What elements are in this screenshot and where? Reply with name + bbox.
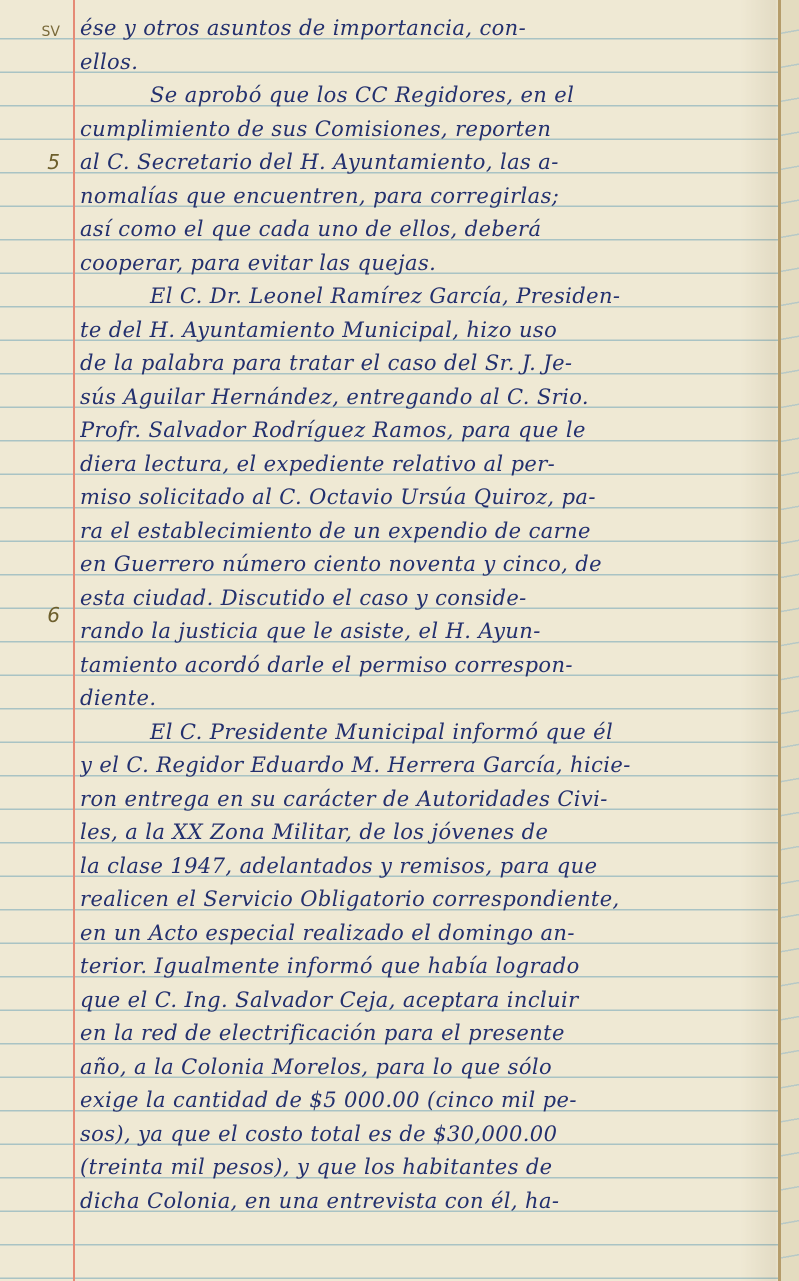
text-line: sús Aguilar Hernández, entregando al C. … <box>80 381 770 415</box>
text-line: ron entrega en su carácter de Autoridade… <box>80 783 770 817</box>
text-line: la clase 1947, adelantados y remisos, pa… <box>80 850 770 884</box>
text-line: nomalías que encuentren, para corregirla… <box>80 180 770 214</box>
text-line: te del H. Ayuntamiento Municipal, hizo u… <box>80 314 770 348</box>
handwritten-text-block: ése y otros asuntos de importancia, con-… <box>80 12 770 1218</box>
margin-note-5: 5 <box>0 150 60 174</box>
text-line: Se aprobó que los CC Regidores, en el <box>80 79 770 113</box>
text-line: que el C. Ing. Salvador Ceja, aceptara i… <box>80 984 770 1018</box>
text-line: ra el establecimiento de un expendio de … <box>80 515 770 549</box>
text-line: ellos. <box>80 46 770 80</box>
text-line: dicha Colonia, en una entrevista con él,… <box>80 1185 770 1219</box>
text-line: rando la justicia que le asiste, el H. A… <box>80 615 770 649</box>
text-line: en un Acto especial realizado el domingo… <box>80 917 770 951</box>
text-line: en la red de electrificación para el pre… <box>80 1017 770 1051</box>
text-line: ése y otros asuntos de importancia, con- <box>80 12 770 46</box>
text-line: (treinta mil pesos), y que los habitante… <box>80 1151 770 1185</box>
text-line: de la palabra para tratar el caso del Sr… <box>80 347 770 381</box>
text-line: y el C. Regidor Eduardo M. Herrera Garcí… <box>80 749 770 783</box>
next-page-strip <box>781 0 799 1281</box>
text-line: exige la cantidad de $5 000.00 (cinco mi… <box>80 1084 770 1118</box>
text-line: diera lectura, el expediente relativo al… <box>80 448 770 482</box>
text-line: realicen el Servicio Obligatorio corresp… <box>80 883 770 917</box>
margin-note-6: 6 <box>0 603 60 627</box>
text-line: El C. Presidente Municipal informó que é… <box>80 716 770 750</box>
text-line: en Guerrero número ciento noventa y cinc… <box>80 548 770 582</box>
text-line: cooperar, para evitar las quejas. <box>80 247 770 281</box>
text-line: cumplimiento de sus Comisiones, reporten <box>80 113 770 147</box>
text-line: esta ciudad. Discutido el caso y conside… <box>80 582 770 616</box>
text-line: año, a la Colonia Morelos, para lo que s… <box>80 1051 770 1085</box>
text-line: diente. <box>80 682 770 716</box>
text-line: así como el que cada uno de ellos, deber… <box>80 213 770 247</box>
margin-line <box>73 0 75 1281</box>
text-line: miso solicitado al C. Octavio Ursúa Quir… <box>80 481 770 515</box>
text-line: les, a la XX Zona Militar, de los jóvene… <box>80 816 770 850</box>
margin-note-sv: SV <box>0 24 60 40</box>
text-line: sos), ya que el costo total es de $30,00… <box>80 1118 770 1152</box>
text-line: El C. Dr. Leonel Ramírez García, Preside… <box>80 280 770 314</box>
text-line: terior. Igualmente informó que había log… <box>80 950 770 984</box>
text-line: al C. Secretario del H. Ayuntamiento, la… <box>80 146 770 180</box>
text-line: Profr. Salvador Rodríguez Ramos, para qu… <box>80 414 770 448</box>
text-line: tamiento acordó darle el permiso corresp… <box>80 649 770 683</box>
